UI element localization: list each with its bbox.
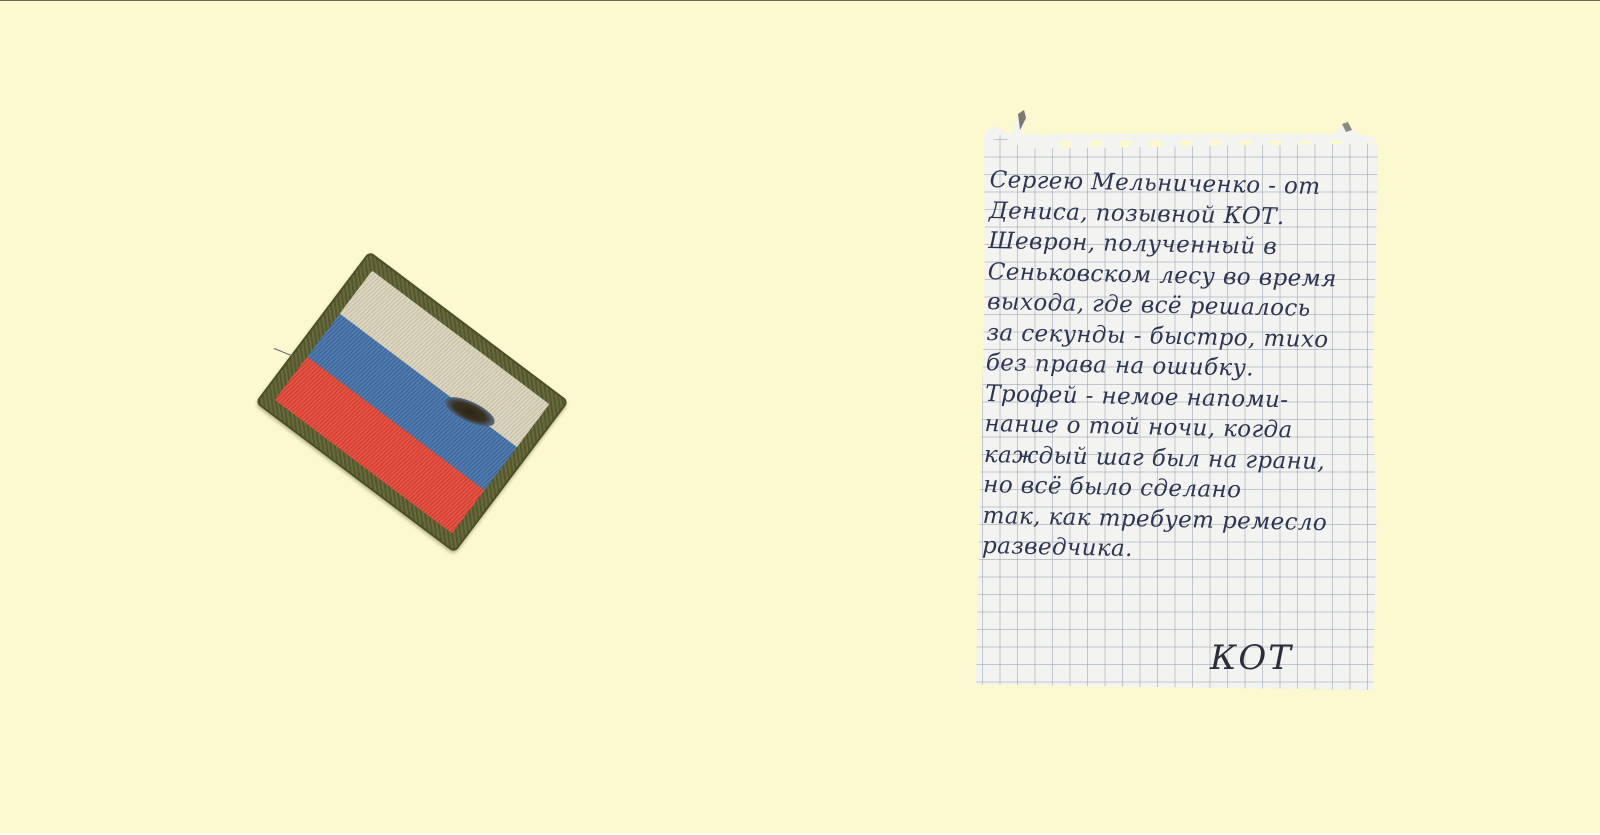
loose-thread xyxy=(274,348,295,357)
flag-patch-image xyxy=(212,205,613,600)
note-body-text: Сергею Мельниченко - от Дениса, позывной… xyxy=(982,165,1380,570)
note-signature: КОТ xyxy=(1210,638,1293,678)
patch-border xyxy=(255,251,569,553)
patch-flag-field xyxy=(275,271,550,534)
top-border-line xyxy=(0,0,1600,1)
